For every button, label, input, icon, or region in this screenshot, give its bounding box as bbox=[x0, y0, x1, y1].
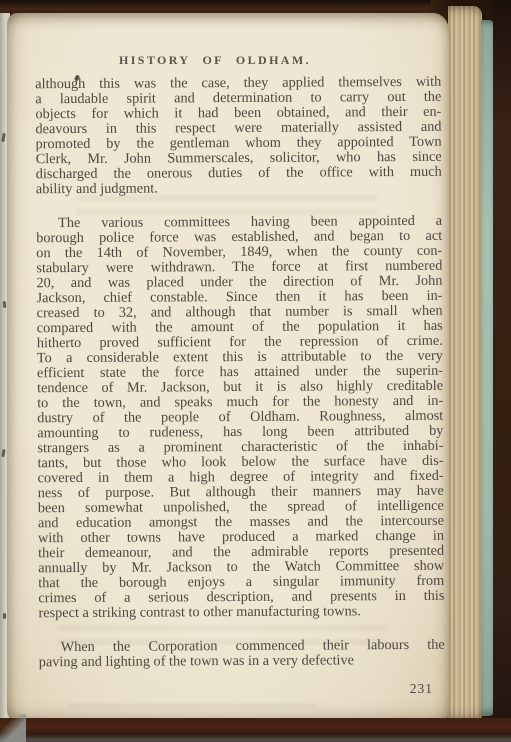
gutter-mark bbox=[3, 613, 6, 619]
paragraph: although this was the case, they applied… bbox=[35, 75, 442, 197]
page-text: although this was the case, they applied… bbox=[35, 75, 445, 670]
paragraph: The various committees having been appoi… bbox=[36, 214, 444, 621]
text-line: ability and judgment. bbox=[36, 180, 442, 197]
background-corner bbox=[0, 714, 26, 742]
book-page: HISTORY OF OLDHAM. although this was the… bbox=[7, 13, 449, 725]
text-line: paving and lighting of the town was in a… bbox=[39, 653, 445, 670]
text-line: respect a striking contrast to other man… bbox=[38, 604, 444, 621]
paragraph: When the Corporation commenced their lab… bbox=[39, 638, 445, 670]
page-edge-stack bbox=[448, 6, 482, 722]
page-number: 231 bbox=[410, 681, 433, 697]
gutter-mark bbox=[1, 449, 5, 457]
gutter-mark bbox=[3, 301, 7, 308]
running-header: HISTORY OF OLDHAM. bbox=[7, 53, 423, 68]
book-cover-right-edge bbox=[493, 0, 511, 742]
show-through-smudge bbox=[67, 703, 317, 717]
book-photo: HISTORY OF OLDHAM. although this was the… bbox=[0, 0, 511, 742]
gutter-mark bbox=[1, 133, 5, 142]
text-line: discharged the onerous duties of the off… bbox=[36, 165, 442, 182]
book-cover-bottom-edge bbox=[0, 718, 511, 742]
